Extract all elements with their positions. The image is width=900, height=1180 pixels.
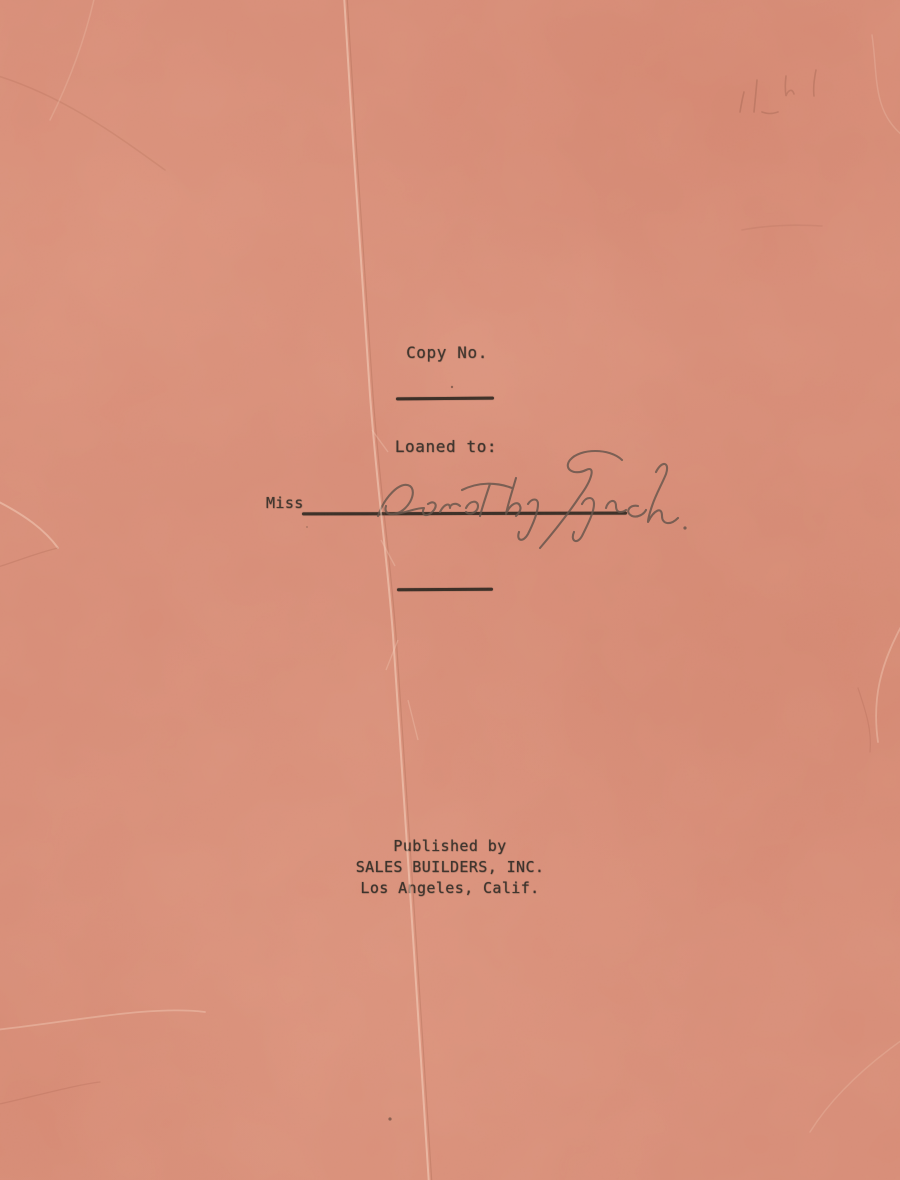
ghost-impression-marks (740, 70, 822, 230)
divider-rule (397, 588, 493, 592)
salutation-label: Miss (266, 494, 304, 512)
edge-creases (0, 0, 900, 1132)
publisher-line-company: SALES BUILDERS, INC. (0, 857, 900, 878)
publisher-block: Published by SALES BUILDERS, INC. Los An… (0, 836, 900, 899)
copy-no-rule (396, 397, 494, 401)
publisher-line-city: Los Angeles, Calif. (0, 878, 900, 899)
handwritten-signature (366, 446, 696, 560)
copy-no-label: Copy No. (0, 343, 897, 362)
publisher-line-published-by: Published by (0, 836, 900, 857)
signature-period (683, 526, 686, 529)
signature-stroke-dorothy (378, 478, 538, 540)
signature-stroke-lynch (540, 451, 678, 548)
document-cover-page: Copy No. Loaned to: Miss Published by SA… (0, 0, 900, 1180)
